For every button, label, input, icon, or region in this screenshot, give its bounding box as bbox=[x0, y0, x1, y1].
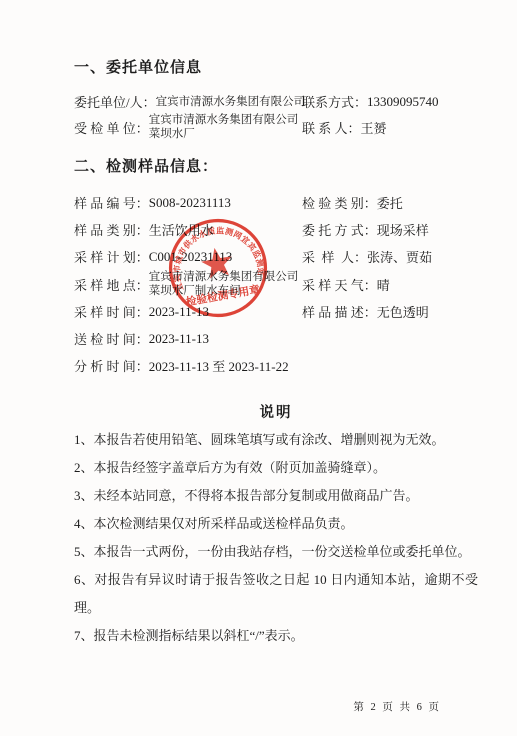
field-value: 现场采样 bbox=[377, 220, 429, 239]
sample-row-3: 采 样 计 划： C001-20231113 采 样 人： 张涛、贾茹 bbox=[74, 243, 478, 270]
field-sample-category: 样 品 类 别： 生活饮用水 bbox=[74, 220, 302, 239]
report-page: 一、委托单位信息 委托单位/人： 宜宾市清源水务集团有限公司 联系方式： 133… bbox=[0, 0, 517, 736]
note-item-2: 2、本报告经签字盖章后方为有效（附页加盖骑缝章）。 bbox=[74, 454, 478, 482]
field-value: S008-20231113 bbox=[149, 195, 231, 211]
field-value: 宜宾市清源水务集团有限公司 菜坝水厂制水车间 bbox=[149, 270, 299, 298]
field-submission-time: 送 检 时 间： 2023-11-13 bbox=[74, 329, 302, 348]
field-label: 采 样 计 划： bbox=[74, 247, 149, 266]
field-value: 2023-11-13 bbox=[149, 304, 209, 320]
field-inspection-type: 检 验 类 别： 委托 bbox=[302, 193, 478, 212]
value-line-1: 宜宾市清源水务集团有限公司 bbox=[149, 270, 299, 284]
sample-row-5: 采 样 时 间： 2023-11-13 样 品 描 述： 无色透明 bbox=[74, 298, 478, 325]
field-value: 宜宾市清源水务集团有限公司 菜坝水厂 bbox=[149, 113, 299, 141]
field-value: 13309095740 bbox=[367, 94, 439, 110]
field-value: 生活饮用水 bbox=[149, 220, 214, 239]
field-value: C001-20231113 bbox=[149, 249, 233, 265]
field-sample-description: 样 品 描 述： 无色透明 bbox=[302, 302, 478, 321]
page-number-footer: 第 2 页 共 6 页 bbox=[353, 699, 441, 714]
sample-row-1: 样 品 编 号： S008-20231113 检 验 类 别： 委托 bbox=[74, 189, 478, 216]
client-row-2: 受 检 单 位： 宜宾市清源水务集团有限公司 菜坝水厂 联 系 人： 王赟 bbox=[74, 113, 478, 141]
sample-row-7: 分 析 时 间： 2023-11-13 至 2023-11-22 bbox=[74, 352, 478, 379]
value-line-2: 菜坝水厂 bbox=[149, 127, 299, 141]
notes-title: 说明 bbox=[74, 401, 478, 422]
field-contact-person: 联 系 人： 王赟 bbox=[302, 118, 478, 137]
field-value: 宜宾市清源水务集团有限公司 bbox=[156, 95, 306, 109]
sample-row-4: 采 样 地 点： 宜宾市清源水务集团有限公司 菜坝水厂制水车间 采 样 天 气：… bbox=[74, 270, 478, 298]
field-value: 2023-11-13 至 2023-11-22 bbox=[149, 356, 289, 375]
field-label: 检 验 类 别： bbox=[302, 193, 377, 212]
field-label: 样 品 编 号： bbox=[74, 193, 149, 212]
note-item-4: 4、本次检测结果仅对所采样品或送检样品负责。 bbox=[74, 510, 478, 538]
field-label: 送 检 时 间： bbox=[74, 329, 149, 348]
sample-row-2: 样 品 类 别： 生活饮用水 委 托 方 式： 现场采样 bbox=[74, 216, 478, 243]
field-value: 晴 bbox=[377, 275, 390, 294]
field-label: 委托单位/人： bbox=[74, 92, 156, 111]
field-label: 采 样 时 间： bbox=[74, 302, 149, 321]
field-label: 采 样 地 点： bbox=[74, 275, 149, 294]
field-value: 张涛、贾茹 bbox=[367, 247, 432, 266]
note-item-6: 6、对报告有异议时请于报告签收之日起 10 日内通知本站，逾期不受理。 bbox=[74, 566, 478, 622]
field-label: 委 托 方 式： bbox=[302, 220, 377, 239]
note-item-7: 7、报告未检测指标结果以斜杠“/”表示。 bbox=[74, 622, 478, 650]
note-item-1: 1、本报告若使用铅笔、圆珠笔填写或有涂改、增删则视为无效。 bbox=[74, 426, 478, 454]
note-item-3: 3、未经本站同意，不得将本报告部分复制或用做商品广告。 bbox=[74, 482, 478, 510]
field-value: 2023-11-13 bbox=[149, 331, 209, 347]
client-row-1: 委托单位/人： 宜宾市清源水务集团有限公司 联系方式： 13309095740 bbox=[74, 90, 478, 113]
field-sampling-time: 采 样 时 间： 2023-11-13 bbox=[74, 302, 302, 321]
field-label: 样 品 类 别： bbox=[74, 220, 149, 239]
field-value: 无色透明 bbox=[377, 302, 429, 321]
field-client-name: 委托单位/人： 宜宾市清源水务集团有限公司 bbox=[74, 92, 302, 111]
field-label: 联 系 人： bbox=[302, 118, 361, 137]
field-sampler: 采 样 人： 张涛、贾茹 bbox=[302, 247, 478, 266]
field-label: 采 样 天 气： bbox=[302, 275, 377, 294]
field-label: 分 析 时 间： bbox=[74, 356, 149, 375]
value-line-2: 菜坝水厂制水车间 bbox=[149, 284, 299, 298]
field-value: 王赟 bbox=[361, 118, 387, 137]
field-commission-method: 委 托 方 式： 现场采样 bbox=[302, 220, 478, 239]
field-label: 采 样 人： bbox=[302, 247, 367, 266]
note-item-5: 5、本报告一式两份，一份由我站存档，一份交送检单位或委托单位。 bbox=[74, 538, 478, 566]
field-label: 样 品 描 述： bbox=[302, 302, 377, 321]
field-sampling-weather: 采 样 天 气： 晴 bbox=[302, 275, 478, 294]
field-sampling-plan: 采 样 计 划： C001-20231113 bbox=[74, 247, 302, 266]
field-label: 联系方式： bbox=[302, 92, 367, 111]
section1-title: 一、委托单位信息 bbox=[74, 56, 478, 77]
field-sample-no: 样 品 编 号： S008-20231113 bbox=[74, 193, 302, 212]
field-contact-phone: 联系方式： 13309095740 bbox=[302, 92, 478, 111]
field-analysis-time: 分 析 时 间： 2023-11-13 至 2023-11-22 bbox=[74, 356, 302, 375]
field-label: 受 检 单 位： bbox=[74, 118, 149, 137]
field-sampling-location: 采 样 地 点： 宜宾市清源水务集团有限公司 菜坝水厂制水车间 bbox=[74, 270, 302, 298]
field-inspected-unit: 受 检 单 位： 宜宾市清源水务集团有限公司 菜坝水厂 bbox=[74, 113, 302, 141]
value-line-1: 宜宾市清源水务集团有限公司 bbox=[149, 113, 299, 127]
field-value: 委托 bbox=[377, 193, 403, 212]
sample-row-6: 送 检 时 间： 2023-11-13 bbox=[74, 325, 478, 352]
report-content: 一、委托单位信息 委托单位/人： 宜宾市清源水务集团有限公司 联系方式： 133… bbox=[74, 56, 478, 650]
section2-title: 二、检测样品信息： bbox=[74, 155, 478, 176]
